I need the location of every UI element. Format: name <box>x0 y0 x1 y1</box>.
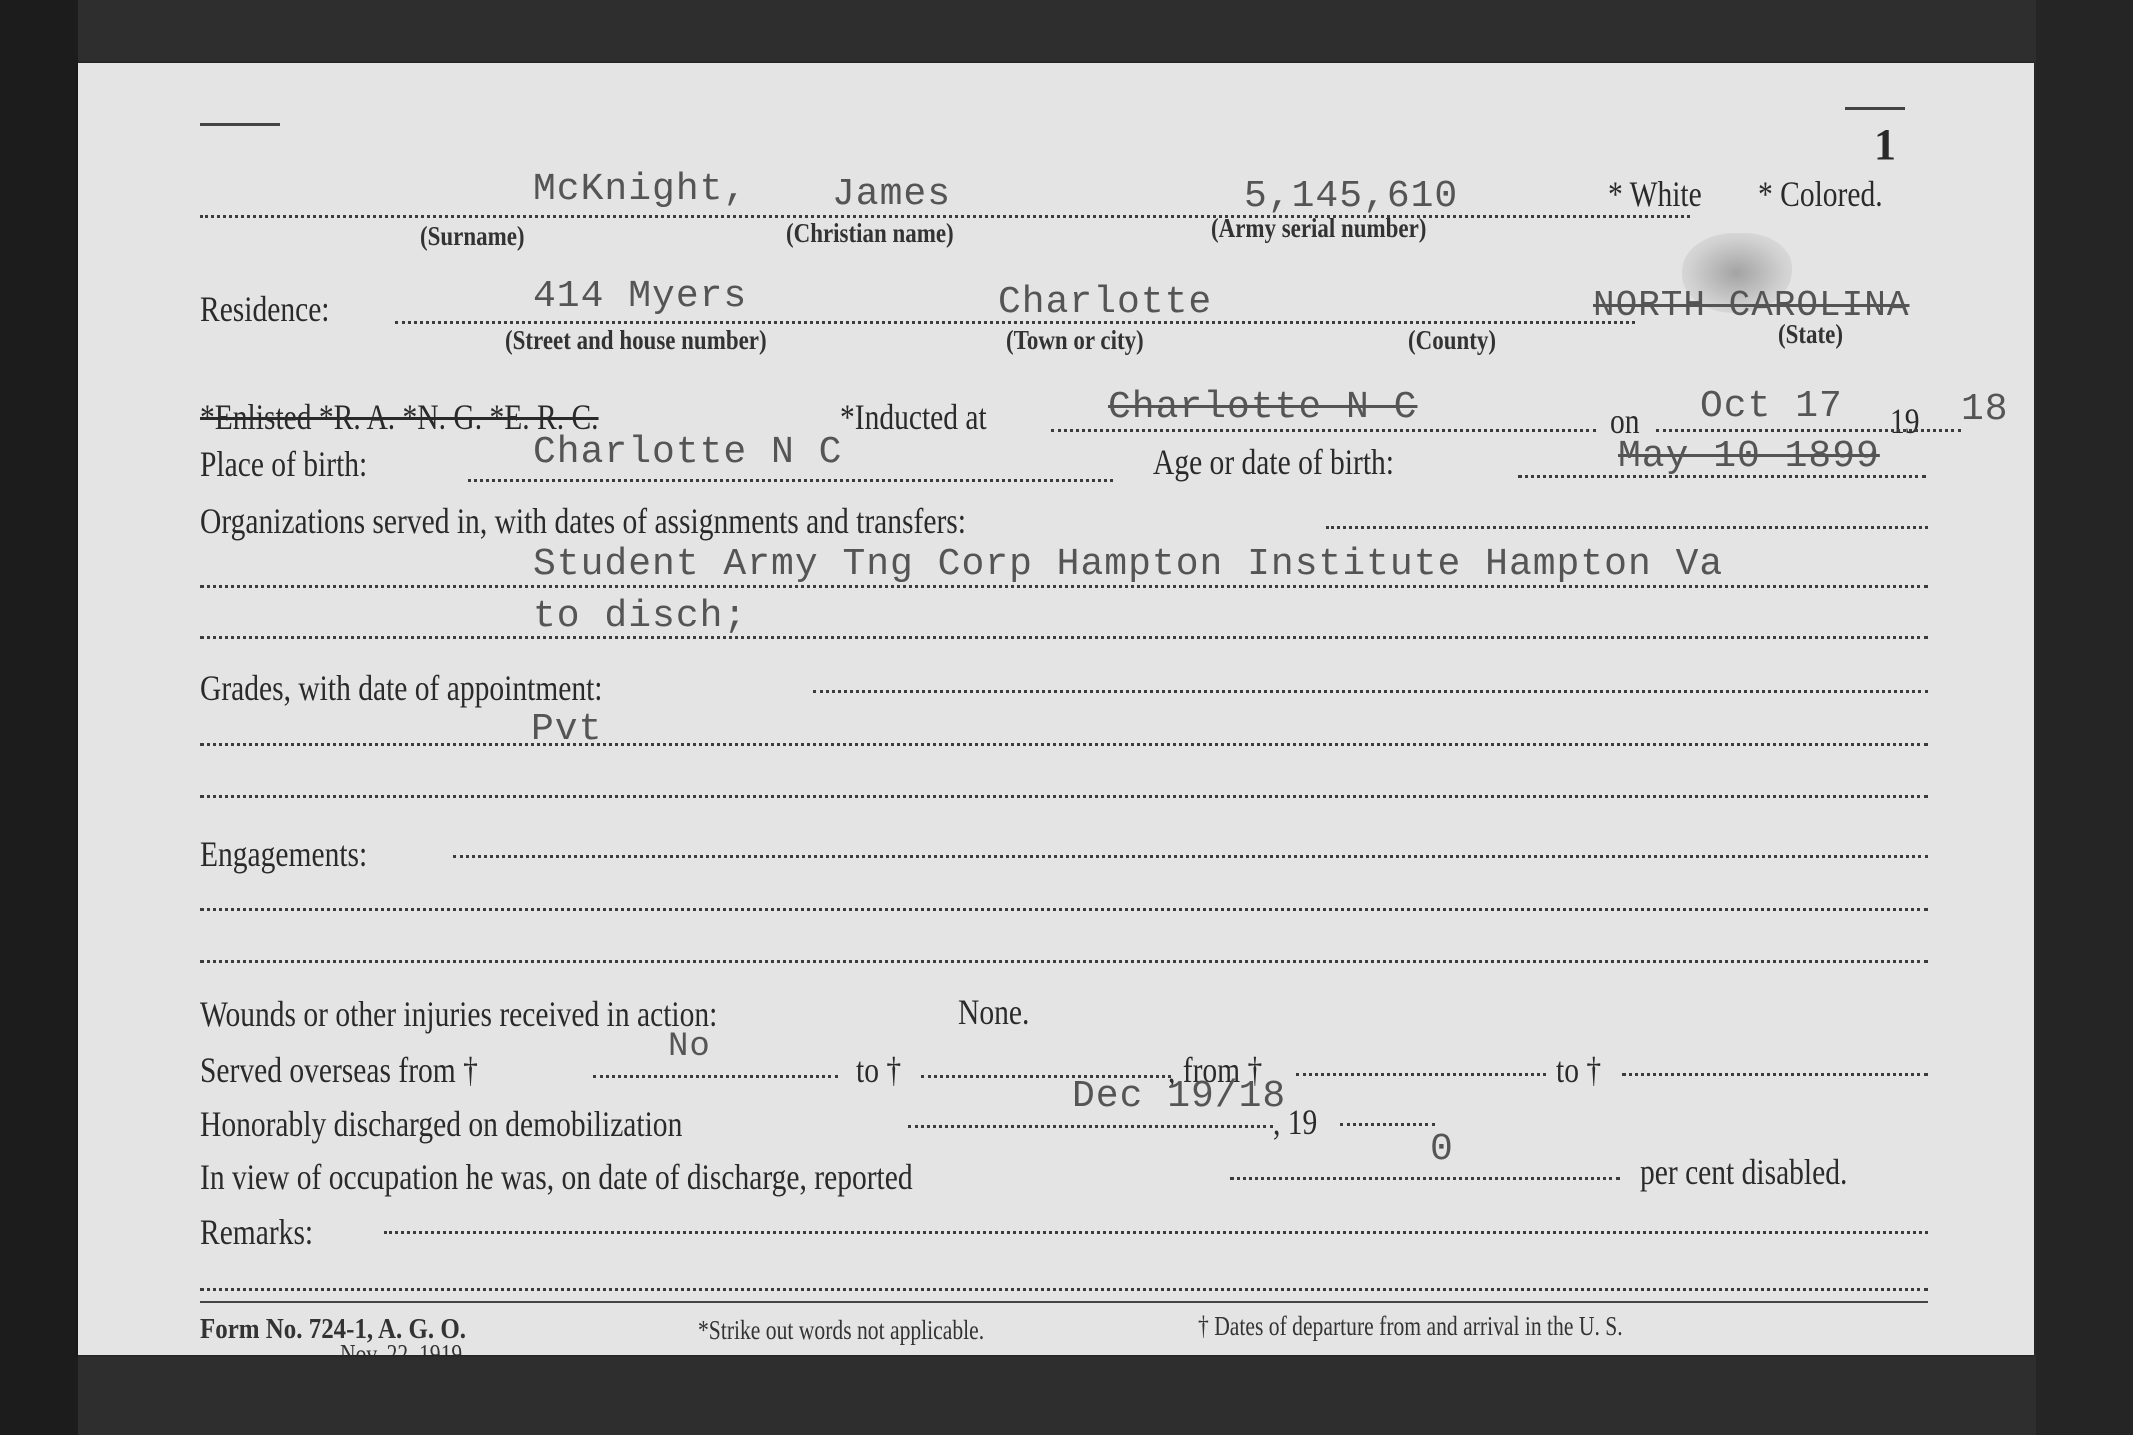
place-of-birth-line <box>468 479 1113 482</box>
organizations-line-0 <box>1326 526 1928 529</box>
discharge-year-line <box>1340 1123 1435 1126</box>
top-right-mark <box>1845 107 1905 110</box>
grades-line-0 <box>813 690 1928 693</box>
inducted-year-value: 18 <box>1961 388 2009 431</box>
discharge-date-value: Dec 19/18 <box>1072 1075 1286 1118</box>
overseas-from-value: No <box>668 1028 711 1066</box>
race-colored-option: * Colored. <box>1758 173 1883 215</box>
serial-sublabel: (Army serial number) <box>1211 213 1426 244</box>
grades-line-2 <box>200 795 1928 798</box>
overseas-from-label: Served overseas from † <box>200 1049 478 1091</box>
scan-background-left <box>0 0 78 1435</box>
inducted-year-prefix: 19 <box>1890 400 1920 442</box>
page-number: 1 <box>1874 119 1896 170</box>
strike-out-note: *Strike out words not applicable. <box>698 1315 984 1346</box>
residence-line <box>395 321 1635 324</box>
top-left-mark <box>200 123 280 126</box>
serial-number-value: 5,145,610 <box>1244 175 1458 218</box>
grades-line-1 <box>200 743 1928 746</box>
wounds-label: Wounds or other injuries received in act… <box>200 993 717 1035</box>
town-sublabel: (Town or city) <box>1006 325 1144 356</box>
surname-value: McKnight, <box>533 168 747 211</box>
date-of-birth-label: Age or date of birth: <box>1153 441 1394 483</box>
street-sublabel: (Street and house number) <box>505 325 767 356</box>
remarks-line-1 <box>200 1288 1928 1291</box>
residence-state-value: NORTH CAROLINA <box>1593 285 1909 326</box>
disability-line <box>1230 1177 1620 1180</box>
overseas-to2-line <box>1622 1073 1928 1076</box>
residence-town-value: Charlotte <box>998 281 1212 324</box>
date-of-birth-line <box>1518 475 1926 478</box>
wounds-value: None. <box>958 991 1029 1033</box>
overseas-from2-line <box>1296 1073 1546 1076</box>
county-sublabel: (County) <box>1408 325 1496 356</box>
place-of-birth-label: Place of birth: <box>200 443 367 485</box>
footer-rule <box>200 1301 1928 1303</box>
engagements-line-0 <box>453 855 1928 858</box>
disability-suffix: per cent disabled. <box>1640 1151 1847 1193</box>
inducted-at-value: Charlotte N C <box>1108 386 1417 429</box>
inducted-at-line <box>1051 429 1596 432</box>
engagements-line-1 <box>200 908 1928 911</box>
discharge-label: Honorably discharged on demobilization <box>200 1103 682 1145</box>
discharge-year-prefix: , 19 <box>1273 1101 1317 1143</box>
organizations-line1-value: Student Army Tng Corp Hampton Institute … <box>533 543 1723 586</box>
overseas-from-line <box>593 1075 838 1078</box>
date-of-birth-value: May 10 1899 <box>1618 435 1880 478</box>
state-sublabel: (State) <box>1778 319 1843 350</box>
remarks-line-0 <box>384 1231 1928 1234</box>
remarks-label: Remarks: <box>200 1211 313 1253</box>
discharge-line <box>908 1125 1273 1128</box>
place-of-birth-value: Charlotte N C <box>533 431 842 474</box>
grades-label: Grades, with date of appointment: <box>200 667 603 709</box>
overseas-to-label: to † <box>856 1049 901 1091</box>
residence-label: Residence: <box>200 288 330 330</box>
inducted-date-line <box>1656 429 1961 432</box>
organizations-line-2 <box>200 636 1928 639</box>
organizations-line2-value: to disch; <box>533 595 747 638</box>
inducted-at-label: *Inducted at <box>840 396 987 438</box>
disability-value: 0 <box>1430 1128 1454 1171</box>
engagements-line-2 <box>200 960 1928 963</box>
inducted-date-value: Oct 17 <box>1700 385 1843 428</box>
overseas-to2-label: to † <box>1556 1049 1601 1091</box>
organizations-line-1 <box>200 585 1928 588</box>
engagements-label: Engagements: <box>200 833 367 875</box>
surname-sublabel: (Surname) <box>420 221 525 252</box>
dates-note: † Dates of departure from and arrival in… <box>1198 1311 1623 1342</box>
service-record-card: 1 McKnight, James 5,145,610 * White * Co… <box>78 63 2034 1355</box>
scan-background-right <box>2036 0 2133 1435</box>
disability-label: In view of occupation he was, on date of… <box>200 1156 913 1198</box>
organizations-label: Organizations served in, with dates of a… <box>200 500 966 542</box>
residence-street-value: 414 Myers <box>533 275 747 318</box>
race-white-option: * White <box>1608 173 1702 215</box>
christian-name-value: James <box>832 173 951 216</box>
christian-name-sublabel: (Christian name) <box>786 218 954 249</box>
form-date: Nov. 22, 1919 <box>340 1339 462 1355</box>
